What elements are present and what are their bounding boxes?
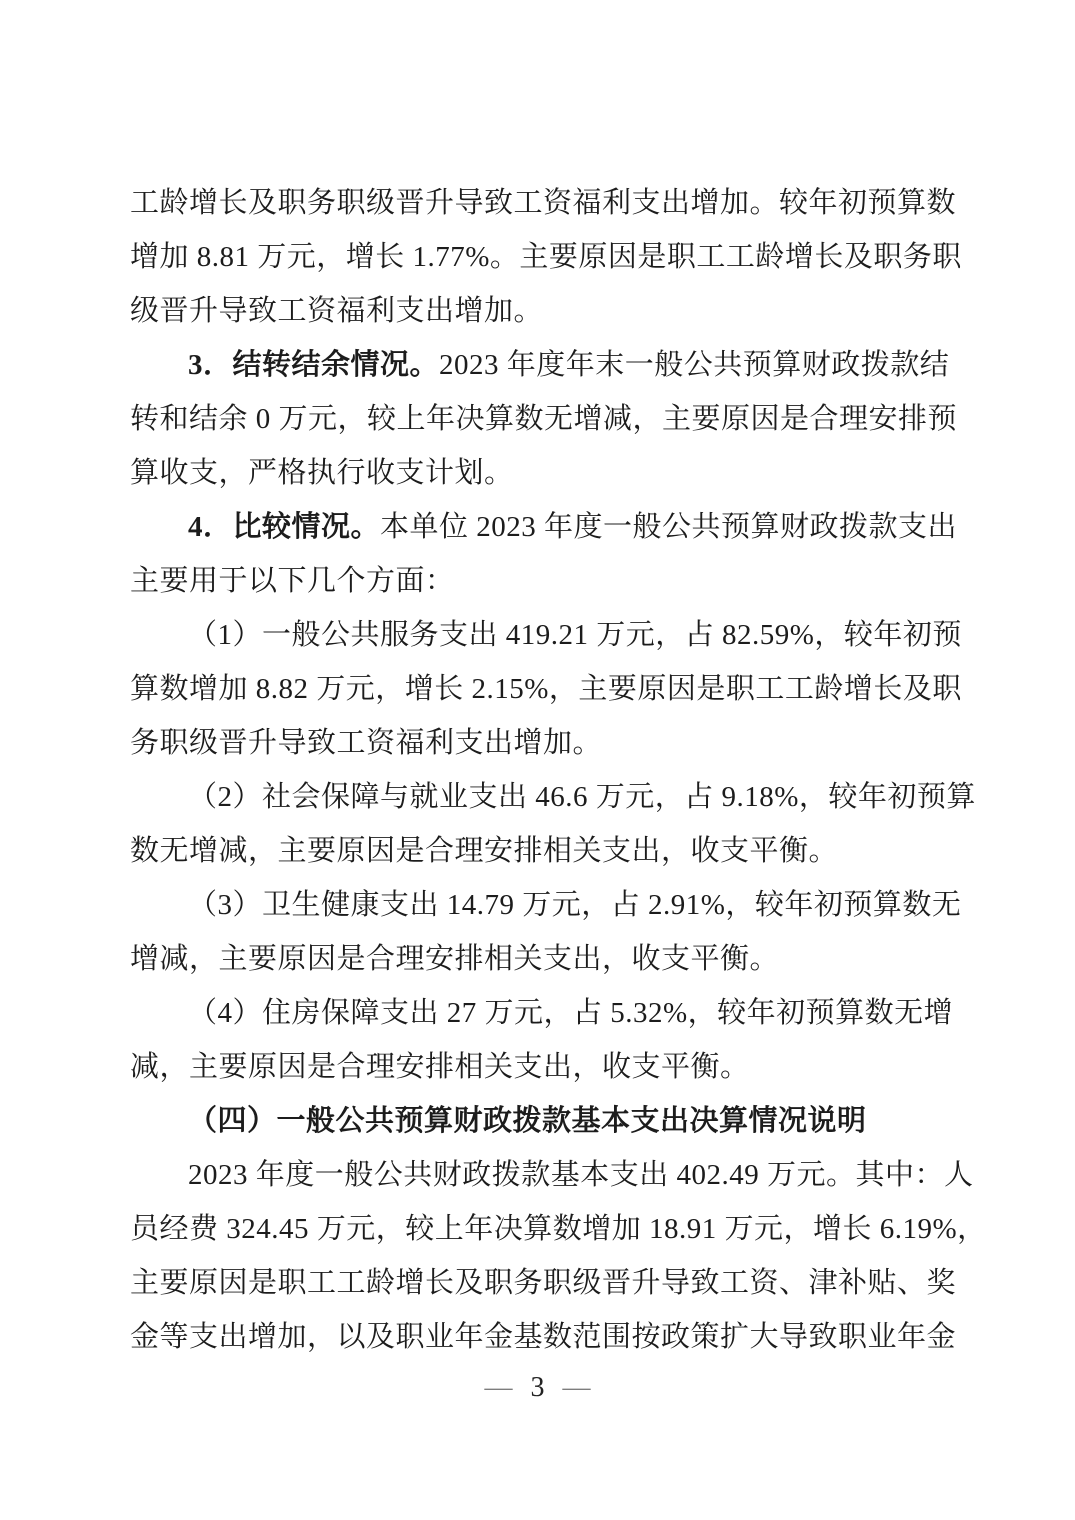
section-4-heading: 4．比较情况。: [188, 511, 380, 543]
item-general-public-services: （1）一般公共服务支出 419.21 万元，占 82.59%，较年初预 算数增加…: [130, 608, 942, 770]
text-line: 3．结转结余情况。2023 年度年末一般公共预算财政拨款结: [130, 338, 942, 392]
text-line: 转和结余 0 万元，较上年决算数无增减，主要原因是合理安排预: [130, 392, 942, 446]
document-page: 工龄增长及职务职级晋升导致工资福利支出增加。较年初预算数 增加 8.81 万元，…: [0, 0, 1075, 1520]
text-line: 增加 8.81 万元，增长 1.77%。主要原因是职工工龄增长及职务职: [130, 230, 942, 284]
item-health: （3）卫生健康支出 14.79 万元，占 2.91%，较年初预算数无 增减，主要…: [130, 878, 942, 986]
text-line: 工龄增长及职务职级晋升导致工资福利支出增加。较年初预算数: [130, 176, 942, 230]
text-line: 减，主要原因是合理安排相关支出，收支平衡。: [130, 1040, 942, 1094]
section-4-text: 本单位 2023 年度一般公共预算财政拨款支出: [380, 511, 957, 543]
text-line: 4．比较情况。本单位 2023 年度一般公共预算财政拨款支出: [130, 500, 942, 554]
text-line: 金等支出增加，以及职业年金基数范围按政策扩大导致职业年金: [130, 1310, 942, 1364]
footer-left-dash: —: [485, 1372, 513, 1403]
section-3-heading: 3．结转结余情况。: [188, 349, 439, 381]
text-line: 员经费 324.45 万元，较上年决算数增加 18.91 万元，增长 6.19%…: [130, 1202, 942, 1256]
text-line: 数无增减，主要原因是合理安排相关支出，收支平衡。: [130, 824, 942, 878]
paragraph-wage-growth: 工龄增长及职务职级晋升导致工资福利支出增加。较年初预算数 增加 8.81 万元，…: [130, 176, 942, 338]
item-housing: （4）住房保障支出 27 万元，占 5.32%，较年初预算数无增 减，主要原因是…: [130, 986, 942, 1094]
section-heading-basic-expenditure: （四）一般公共预算财政拨款基本支出决算情况说明: [130, 1094, 942, 1148]
text-line: （2）社会保障与就业支出 46.6 万元，占 9.18%，较年初预算: [130, 770, 942, 824]
text-line: 主要用于以下几个方面：: [130, 554, 942, 608]
section-4th-heading: （四）一般公共预算财政拨款基本支出决算情况说明: [130, 1094, 942, 1148]
paragraph-comparison: 4．比较情况。本单位 2023 年度一般公共预算财政拨款支出 主要用于以下几个方…: [130, 500, 942, 608]
paragraph-carryover-balance: 3．结转结余情况。2023 年度年末一般公共预算财政拨款结 转和结余 0 万元，…: [130, 338, 942, 500]
footer-right-dash: —: [563, 1372, 591, 1403]
section-3-text: 2023 年度年末一般公共预算财政拨款结: [439, 349, 949, 381]
text-line: 增减，主要原因是合理安排相关支出，收支平衡。: [130, 932, 942, 986]
text-column: 工龄增长及职务职级晋升导致工资福利支出增加。较年初预算数 增加 8.81 万元，…: [130, 176, 942, 1364]
text-line: 级晋升导致工资福利支出增加。: [130, 284, 942, 338]
text-line: （4）住房保障支出 27 万元，占 5.32%，较年初预算数无增: [130, 986, 942, 1040]
text-line: （3）卫生健康支出 14.79 万元，占 2.91%，较年初预算数无: [130, 878, 942, 932]
text-line: 务职级晋升导致工资福利支出增加。: [130, 716, 942, 770]
text-line: 算数增加 8.82 万元，增长 2.15%，主要原因是职工工龄增长及职: [130, 662, 942, 716]
item-social-security: （2）社会保障与就业支出 46.6 万元，占 9.18%，较年初预算 数无增减，…: [130, 770, 942, 878]
text-line: 算收支，严格执行收支计划。: [130, 446, 942, 500]
text-line: 2023 年度一般公共财政拨款基本支出 402.49 万元。其中：人: [130, 1148, 942, 1202]
text-line: 主要原因是职工工龄增长及职务职级晋升导致工资、津补贴、奖: [130, 1256, 942, 1310]
page-footer: —3—: [0, 1372, 1075, 1404]
text-line: （1）一般公共服务支出 419.21 万元，占 82.59%，较年初预: [130, 608, 942, 662]
paragraph-basic-expenditure: 2023 年度一般公共财政拨款基本支出 402.49 万元。其中：人 员经费 3…: [130, 1148, 942, 1364]
page-number: 3: [531, 1372, 545, 1403]
